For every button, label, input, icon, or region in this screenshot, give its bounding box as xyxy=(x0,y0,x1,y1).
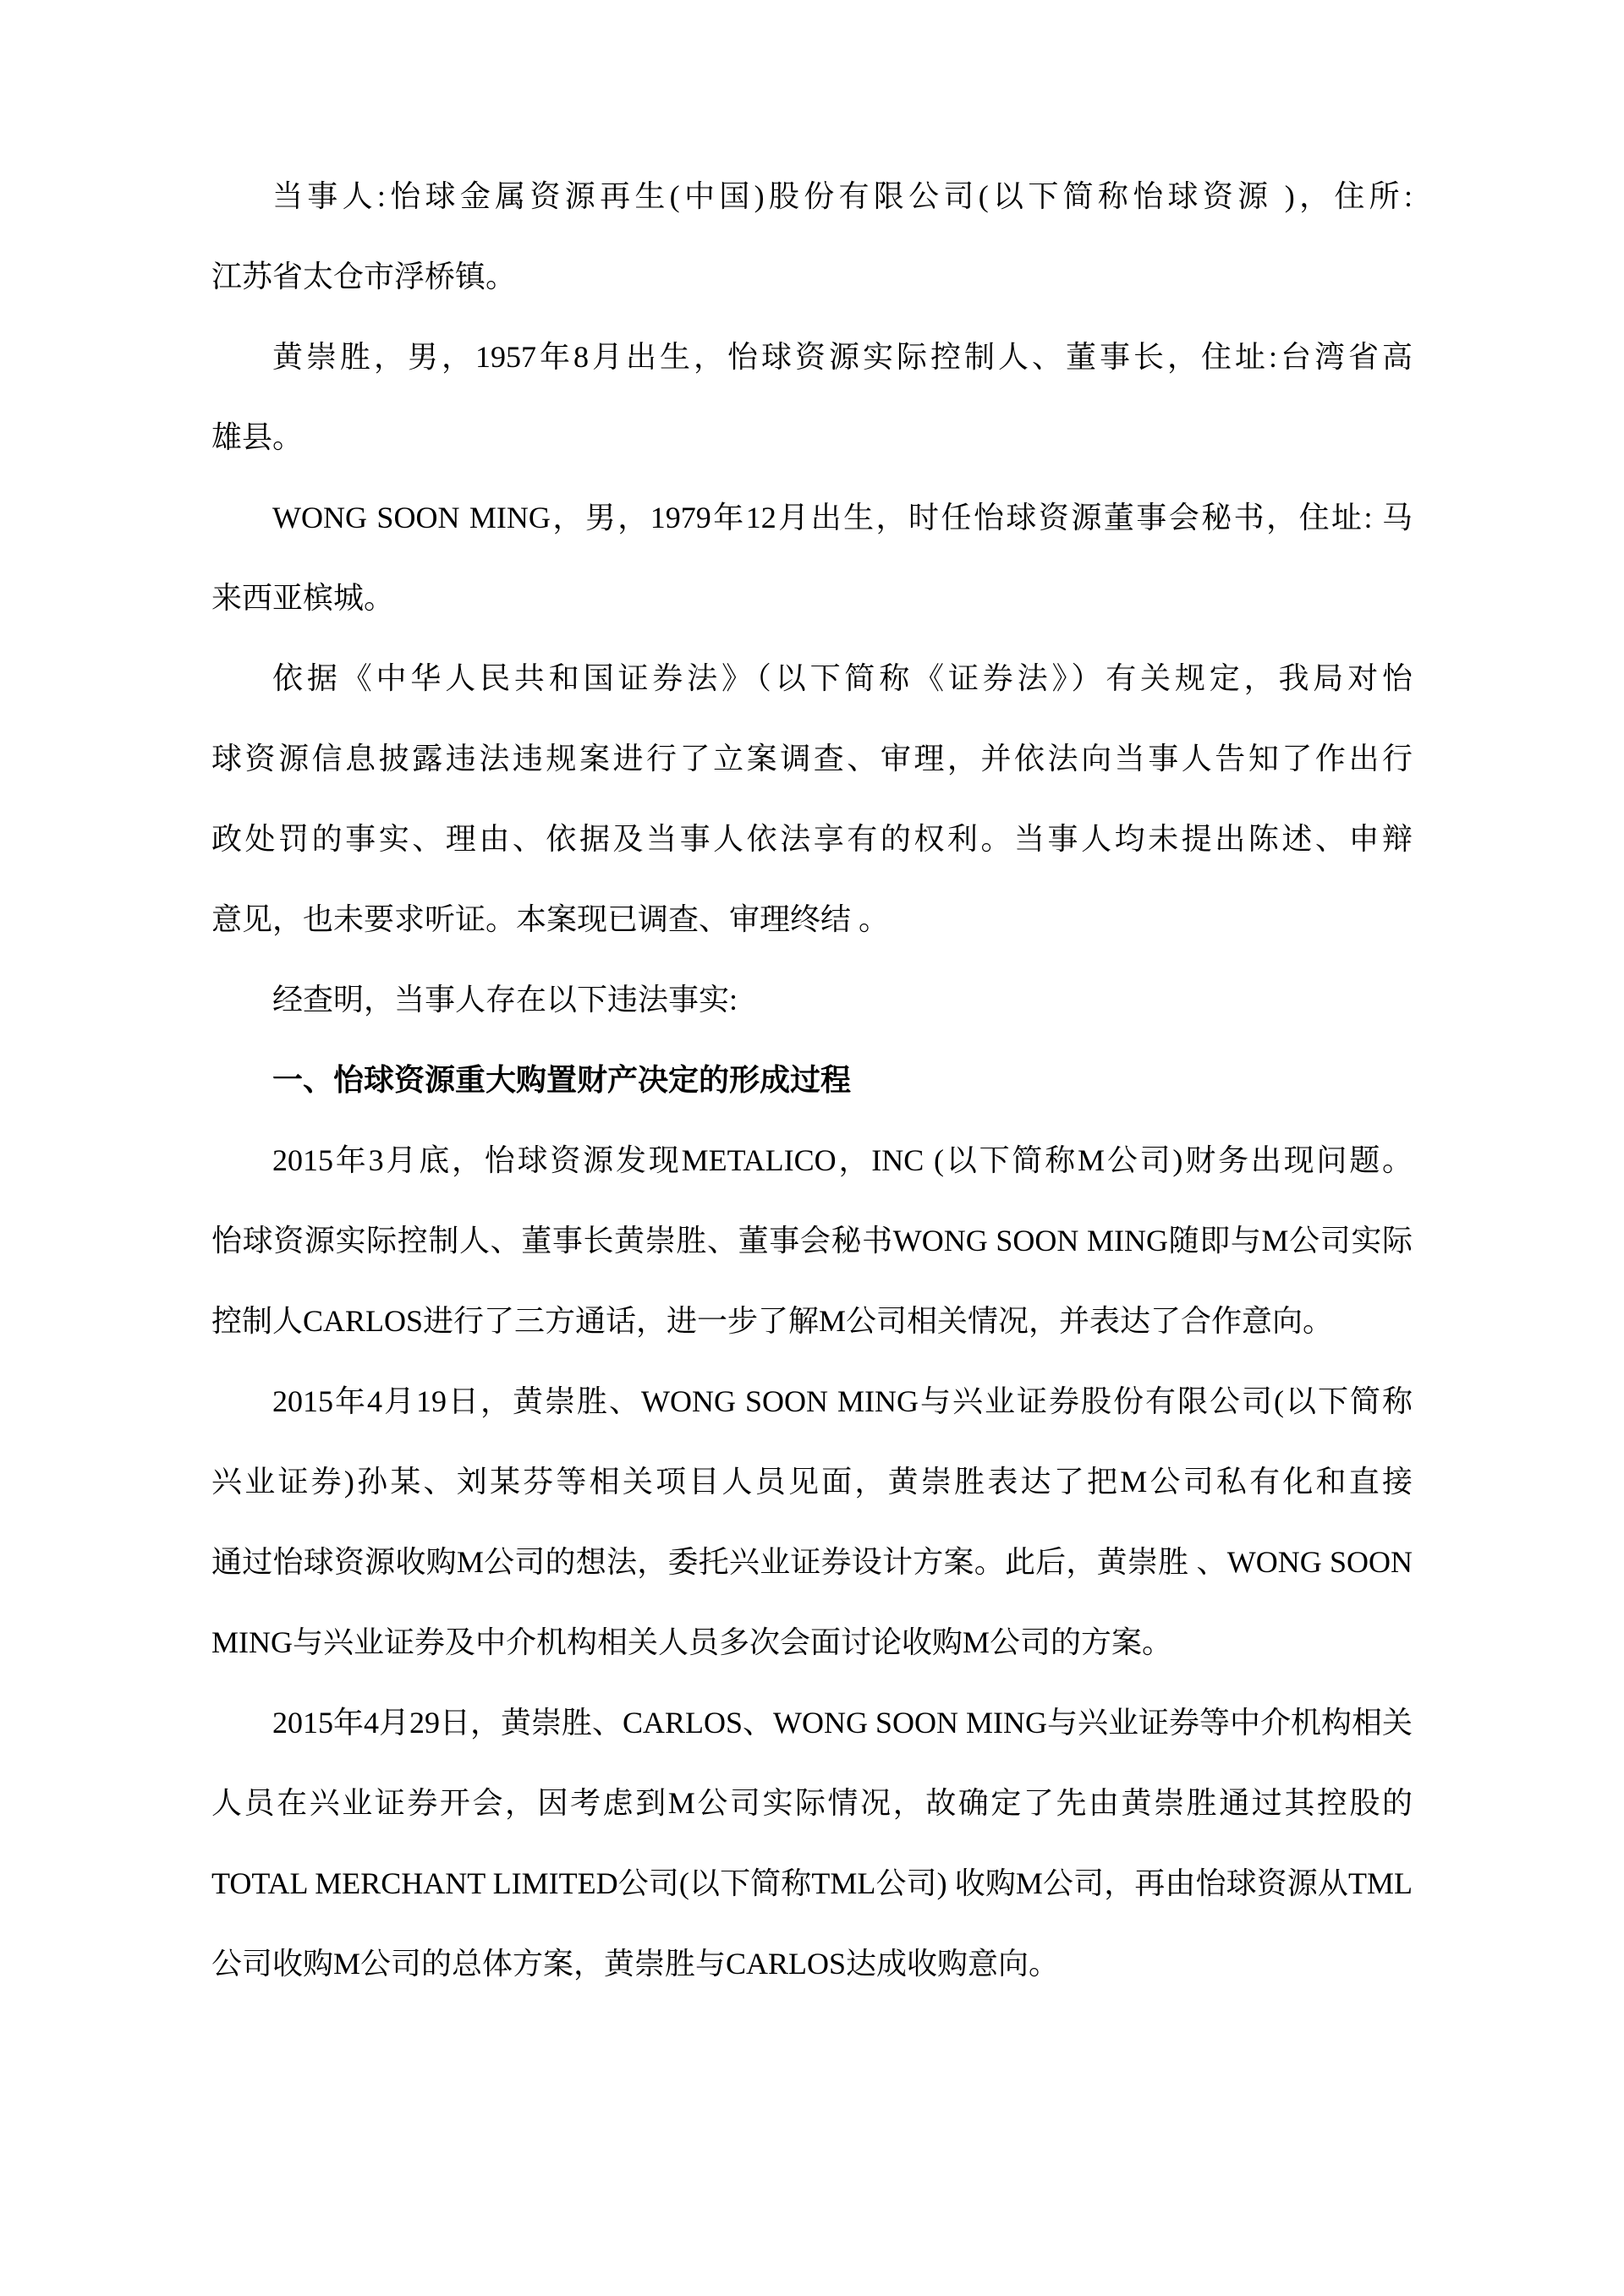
document-page: 当事人:怡球金属资源再生(中国)股份有限公司(以下简称怡球资源 )，住所:江苏省… xyxy=(0,0,1624,2296)
paragraph: 当事人:怡球金属资源再生(中国)股份有限公司(以下简称怡球资源 )，住所:江苏省… xyxy=(211,156,1413,317)
document-line: 经查明，当事人存在以下违法事实: xyxy=(211,960,1413,1040)
document-line: 2015年4月19日，黄崇胜、WONG SOON MING与兴业证券股份有限公司… xyxy=(211,1362,1413,1442)
document-line: 公司收购M公司的总体方案，黄崇胜与CARLOS达成收购意向。 xyxy=(211,1924,1413,2004)
document-line: 控制人CARLOS进行了三方通话，进一步了解M公司相关情况，并表达了合作意向。 xyxy=(211,1281,1413,1362)
document-line: 通过怡球资源收购M公司的想法，委托兴业证券设计方案。此后，黄崇胜 、WONG S… xyxy=(211,1522,1413,1603)
document-line: 依据《中华人民共和国证券法》（以下简称《证券法》）有关规定，我局对怡 xyxy=(211,638,1413,719)
document-line: 当事人:怡球金属资源再生(中国)股份有限公司(以下简称怡球资源 )，住所: xyxy=(211,156,1413,237)
document-line: 兴业证券)孙某、刘某芬等相关项目人员见面，黄崇胜表达了把M公司私有化和直接 xyxy=(211,1442,1413,1522)
document-line: TOTAL MERCHANT LIMITED公司(以下简称TML公司) 收购M公… xyxy=(211,1844,1413,1924)
paragraph: 2015年4月29日，黄崇胜、CARLOS、WONG SOON MING与兴业证… xyxy=(211,1683,1413,2004)
document-line: 2015年4月29日，黄崇胜、CARLOS、WONG SOON MING与兴业证… xyxy=(211,1683,1413,1763)
document-line: 来西亚槟城。 xyxy=(211,558,1413,638)
paragraph: 2015年4月19日，黄崇胜、WONG SOON MING与兴业证券股份有限公司… xyxy=(211,1362,1413,1683)
paragraph: 依据《中华人民共和国证券法》（以下简称《证券法》）有关规定，我局对怡球资源信息披… xyxy=(211,638,1413,960)
document-line: 人员在兴业证券开会，因考虑到M公司实际情况，故确定了先由黄崇胜通过其控股的 xyxy=(211,1763,1413,1844)
heading-line: 一、怡球资源重大购置财产决定的形成过程 xyxy=(211,1040,1413,1121)
paragraph: 经查明，当事人存在以下违法事实: xyxy=(211,960,1413,1040)
paragraph: WONG SOON MING，男，1979年12月出生，时任怡球资源董事会秘书，… xyxy=(211,478,1413,638)
document-line: 2015年3月底，怡球资源发现METALICO，INC (以下简称M公司)财务出… xyxy=(211,1121,1413,1201)
document-line: 政处罚的事实、理由、依据及当事人依法享有的权利。当事人均未提出陈述、申辩 xyxy=(211,799,1413,879)
document-line: WONG SOON MING，男，1979年12月出生，时任怡球资源董事会秘书，… xyxy=(211,478,1413,558)
document-line: 江苏省太仓市浮桥镇。 xyxy=(211,237,1413,317)
document-line: 怡球资源实际控制人、董事长黄崇胜、董事会秘书WONG SOON MING随即与M… xyxy=(211,1201,1413,1281)
document-line: 雄县。 xyxy=(211,397,1413,478)
section-heading: 一、怡球资源重大购置财产决定的形成过程 xyxy=(211,1040,1413,1121)
document-line: 黄崇胜，男，1957年8月出生，怡球资源实际控制人、董事长，住址:台湾省高 xyxy=(211,317,1413,397)
document-line: 球资源信息披露违法违规案进行了立案调查、审理，并依法向当事人告知了作出行 xyxy=(211,719,1413,799)
document-line: MING与兴业证券及中介机构相关人员多次会面讨论收购M公司的方案。 xyxy=(211,1603,1413,1683)
paragraph: 黄崇胜，男，1957年8月出生，怡球资源实际控制人、董事长，住址:台湾省高雄县。 xyxy=(211,317,1413,478)
paragraph: 2015年3月底，怡球资源发现METALICO，INC (以下简称M公司)财务出… xyxy=(211,1121,1413,1362)
document-line: 意见，也未要求听证。本案现已调查、审理终结 。 xyxy=(211,879,1413,960)
document-body: 当事人:怡球金属资源再生(中国)股份有限公司(以下简称怡球资源 )，住所:江苏省… xyxy=(211,156,1413,2004)
